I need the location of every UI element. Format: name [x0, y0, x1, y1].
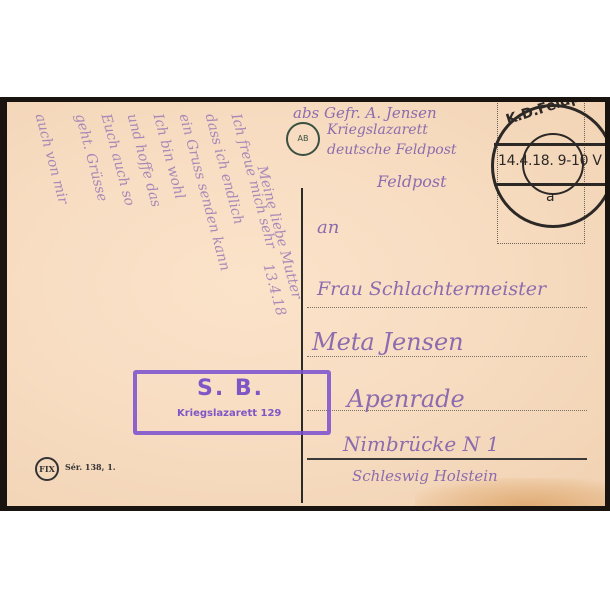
address-line-4 [307, 458, 587, 460]
address-line-3 [307, 410, 587, 411]
sender-line-3: deutsche Feldpost [327, 142, 457, 158]
recipient-prefix: an [317, 217, 339, 238]
recipient-line-4: Nimbrücke N 1 [343, 432, 499, 456]
censor-stamp: S. B. Kriegslazarett 129 [133, 370, 331, 435]
address-divider [301, 188, 303, 503]
recipient-line-3: Apenrade [347, 385, 465, 413]
recipient-line-2: Meta Jensen [312, 328, 464, 356]
publisher-series: Sér. 138, 1. [65, 462, 116, 472]
message-line: auch von mir [32, 112, 72, 206]
postmark-letter: a [546, 189, 555, 205]
publisher-logo-icon: FIX [35, 457, 59, 481]
postmark: K.D.Feldpost 14.4.18. 9-10 V a [491, 104, 605, 228]
recipient-line-1: Frau Schlachtermeister [317, 278, 546, 300]
sender-line-2: Kriegslazarett [327, 122, 428, 138]
censor-stamp-sub: Kriegslazarett 129 [177, 408, 281, 419]
sender-line-4: Feldpost [377, 172, 447, 191]
sender-line-1: abs Gefr. A. Jensen [293, 104, 437, 122]
postmark-date: 14.4.18. 9-10 V [498, 153, 602, 169]
brand-logo-icon: AB [286, 122, 320, 156]
address-line-1 [307, 307, 587, 308]
recipient-line-5: Schleswig Holstein [352, 467, 498, 485]
postcard-paper: AB K.D.Feldpost 14.4.18. 9-10 V a abs Ge… [7, 102, 605, 506]
postcard: AB K.D.Feldpost 14.4.18. 9-10 V a abs Ge… [0, 97, 610, 511]
censor-stamp-main: S. B. [197, 376, 264, 401]
address-line-2 [307, 356, 587, 357]
